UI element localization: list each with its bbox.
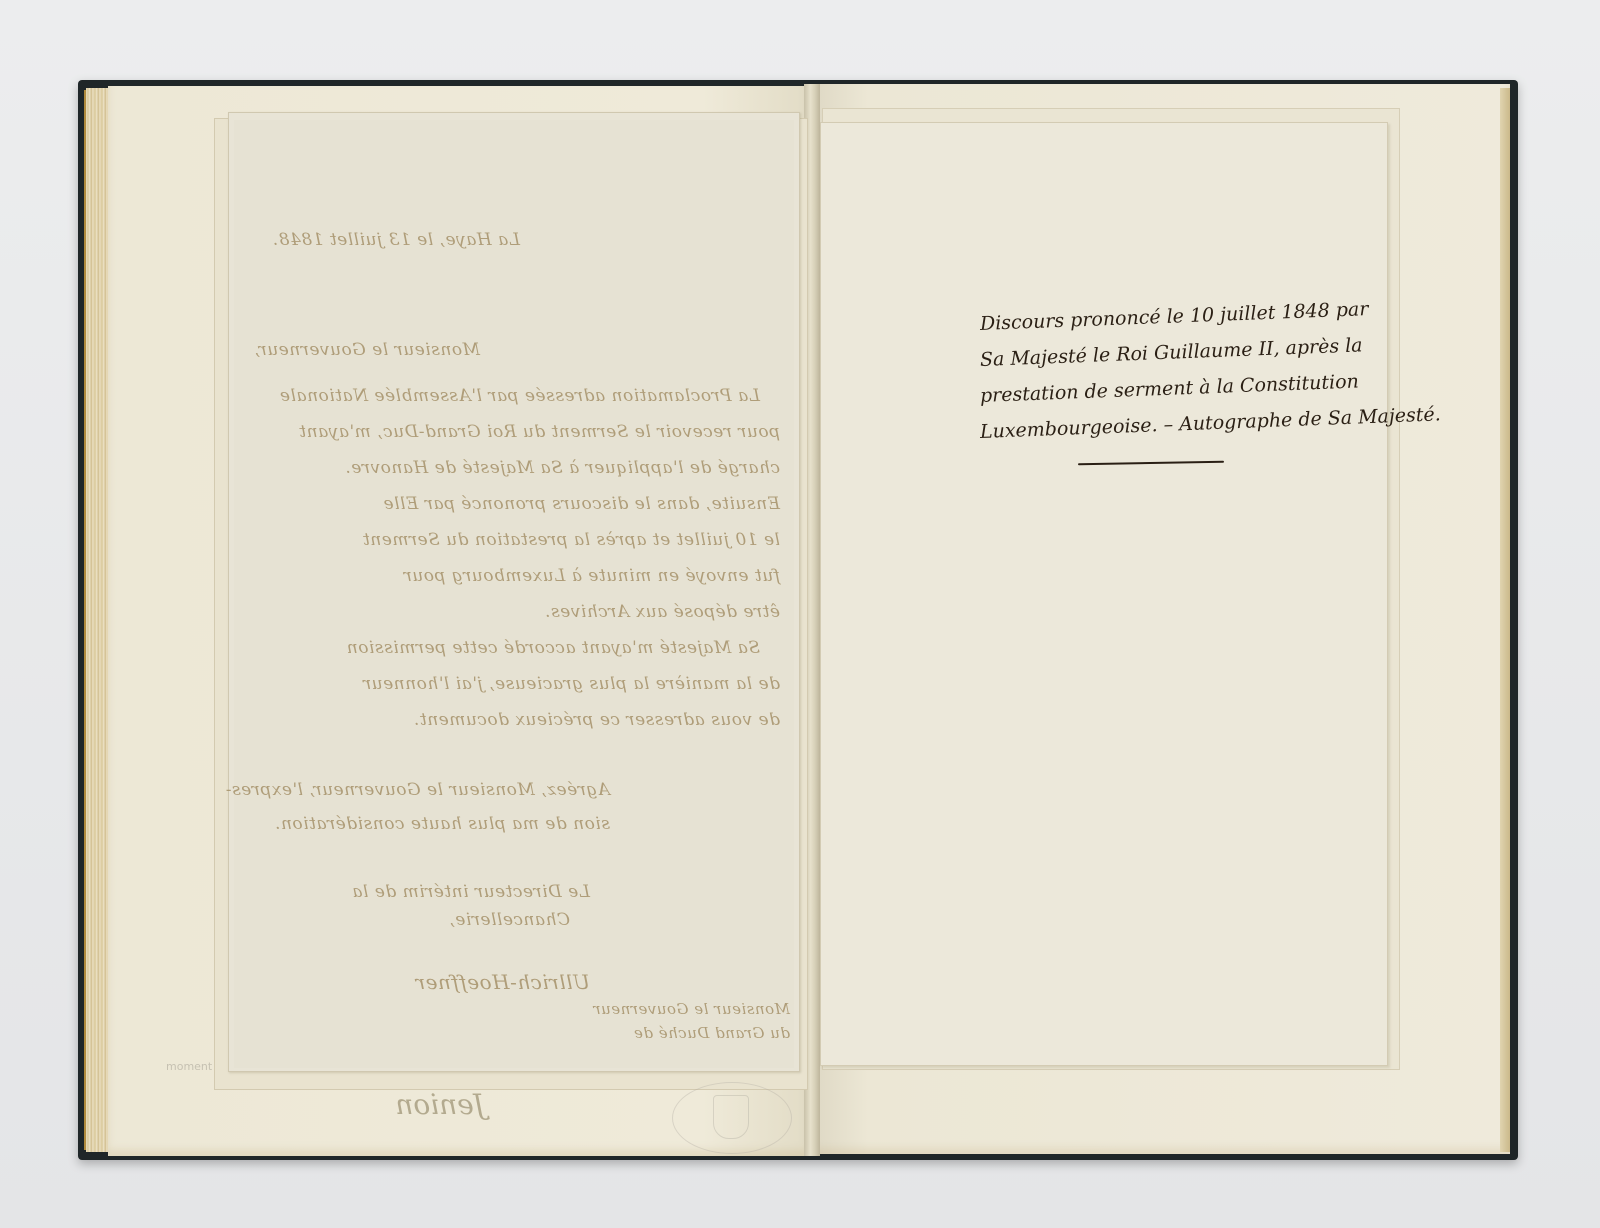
letter-line: être déposé aux Archives. bbox=[545, 602, 780, 622]
mirrored-letter-offset: La Haye, le 13 juillet 1848. Monsieur le… bbox=[250, 210, 780, 1040]
right-page-edges bbox=[1500, 88, 1510, 1152]
right-mounted-sheet bbox=[820, 122, 1388, 1066]
letter-salutation: Monsieur le Gouverneur, bbox=[254, 340, 480, 360]
letter-line: pour recevoir le Serment du Roi Grand-Du… bbox=[299, 422, 780, 442]
letter-addressee: Monsieur le Gouverneur bbox=[593, 1000, 790, 1018]
letter-closing: Agréez, Monsieur le Gouverneur, l'expres… bbox=[225, 780, 610, 800]
margin-pencil-mark: moment bbox=[166, 1060, 212, 1073]
letter-dateline: La Haye, le 13 juillet 1848. bbox=[272, 230, 520, 250]
letter-line: de la manière la plus gracieuse, j'ai l'… bbox=[363, 674, 780, 694]
letter-closing: sion de ma plus haute considération. bbox=[275, 814, 610, 834]
letter-line: le 10 juillet et après la prestation du … bbox=[362, 530, 780, 550]
letter-line: fut envoyé en minute à Luxembourg pour bbox=[403, 566, 780, 586]
letter-line: chargé de l'appliquer à Sa Majesté de Ha… bbox=[345, 458, 780, 478]
letter-signatory-title: Le Directeur intérim de la bbox=[352, 882, 590, 902]
handwritten-caption: Discours prononcé le 10 juillet 1848 par… bbox=[980, 306, 1380, 450]
letter-line: La Proclamation adressée par l'Assemblée… bbox=[279, 386, 760, 406]
letter-line: Sa Majesté m'ayant accordé cette permiss… bbox=[346, 638, 760, 658]
scan-background: La Haye, le 13 juillet 1848. Monsieur le… bbox=[0, 0, 1600, 1228]
letter-line: de vous adresser ce précieux document. bbox=[414, 710, 780, 730]
faint-mirrored-signature: Jenion bbox=[345, 1088, 485, 1121]
letter-addressee: du Grand Duché de bbox=[633, 1024, 790, 1042]
letter-signatory-title: Chancellerie, bbox=[449, 910, 570, 930]
letter-line: Ensuite, dans le discours prononcé par E… bbox=[383, 494, 780, 514]
library-stamp-icon bbox=[672, 1082, 792, 1154]
letter-signature: Ullrich-Hoeffner bbox=[415, 970, 590, 994]
